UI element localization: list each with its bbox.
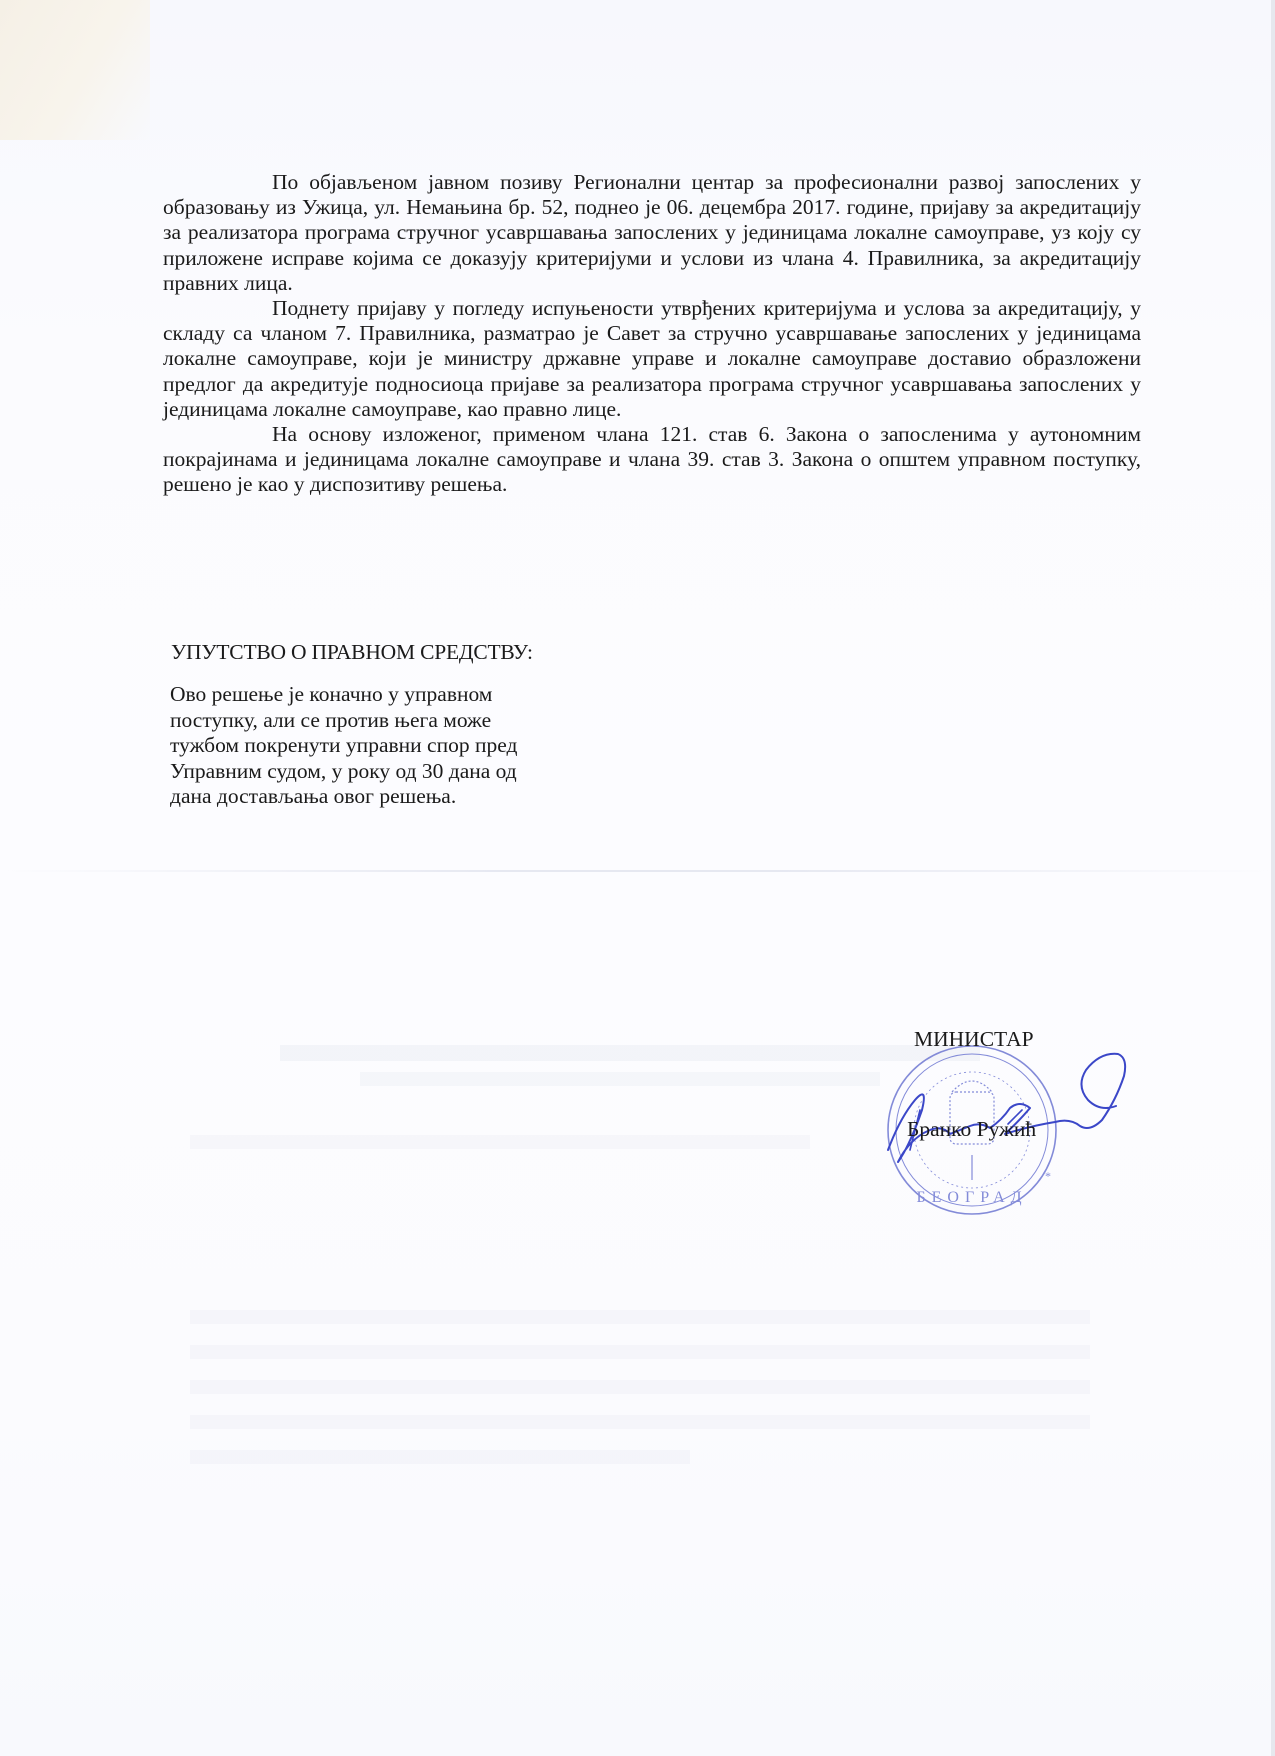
minister-title: МИНИСТАР bbox=[914, 1027, 1034, 1052]
svg-text:*: * bbox=[1045, 1169, 1051, 1183]
legal-remedy-text: Ово решење је коначно у управном поступк… bbox=[170, 682, 590, 810]
bleed-through-text bbox=[190, 1415, 1090, 1429]
paper-right-edge bbox=[1271, 0, 1275, 1756]
svg-text:БЕОГРАД: БЕОГРАД bbox=[916, 1189, 1027, 1206]
bleed-through-text bbox=[190, 1380, 1090, 1394]
bleed-through-text bbox=[190, 1135, 810, 1149]
reasoning-section: По објављеном јавном позиву Регионални ц… bbox=[163, 170, 1141, 498]
legal-remedy-line: тужбом покренути управни спор пред bbox=[170, 733, 590, 759]
bleed-through-text bbox=[280, 1045, 980, 1061]
bleed-through-text bbox=[360, 1072, 880, 1086]
legal-remedy-line: Ово решење је коначно у управном bbox=[170, 682, 590, 708]
minister-name: Бранко Ружић bbox=[907, 1117, 1036, 1142]
legal-remedy-line: поступку, али се против њега може bbox=[170, 708, 590, 734]
signature-icon bbox=[888, 1054, 1125, 1162]
paper-fold-line bbox=[0, 870, 1275, 872]
bleed-through-text bbox=[190, 1310, 1090, 1324]
paragraph-conclusion: На основу изложеног, применом члана 121.… bbox=[163, 422, 1141, 498]
legal-remedy-heading: УПУТСТВО О ПРАВНОМ СРЕДСТВУ: bbox=[171, 640, 533, 665]
scanned-page: По објављеном јавном позиву Регионални ц… bbox=[0, 0, 1275, 1756]
paper-corner-tint bbox=[0, 0, 150, 140]
bleed-through-text bbox=[190, 1345, 1090, 1359]
bleed-through-text bbox=[190, 1450, 690, 1464]
paragraph-application: По објављеном јавном позиву Регионални ц… bbox=[163, 170, 1141, 296]
legal-remedy-line: дана достављања овог решења. bbox=[170, 784, 590, 810]
paragraph-review: Поднету пријаву у погледу испуњености ут… bbox=[163, 296, 1141, 422]
legal-remedy-line: Управним судом, у року од 30 дана од bbox=[170, 759, 590, 785]
